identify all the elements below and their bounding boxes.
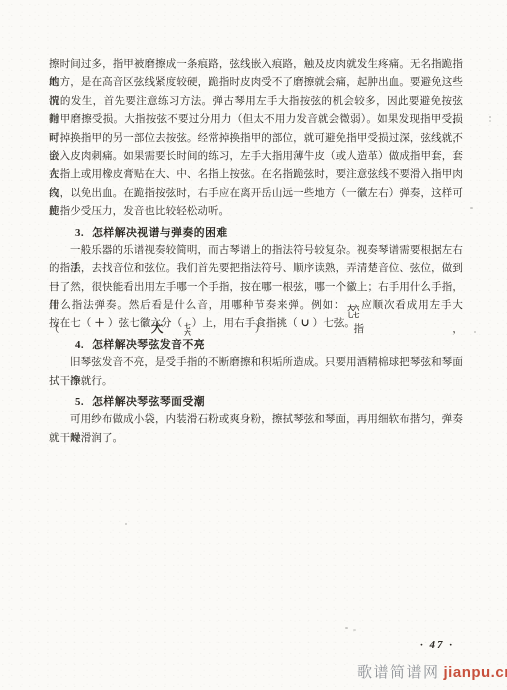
jianzipu-tiao-symbol: ∪ (298, 318, 313, 329)
body-text: ）上，用右手食指挑（ (192, 318, 298, 329)
body-text: ）弦七徽六分（ (108, 318, 182, 329)
heading-title: 怎样解决琴弦发音不亮 (92, 339, 205, 351)
scan-speck (470, 207, 473, 209)
body-line: 就干燥滑润了。 (49, 430, 463, 448)
body-text: ）七弦。 (313, 318, 355, 329)
body-line: 嵌入皮肉刺痛。如果需要长时间的练习，左手大指用薄牛皮（或人造革）做成指甲套，套在 (49, 148, 463, 166)
scan-speck (345, 627, 348, 629)
body-line: 可用纱布做成小袋，内装滑石粉或爽身粉，擦拭琴弦和琴面，再用细软布揩匀，弹奏时 (49, 411, 463, 429)
body-line-jianzipu-example: 什么指法弹奏。然后看是什么音，用哪种节奏来弹。例如：大六乚七应顺次看成用左手大（… (49, 297, 463, 315)
section-heading-viewing-score: 3.怎样解决视谱与弹奏的困难 (49, 224, 463, 242)
scan-speck (474, 331, 476, 333)
body-line: 目了然，很快能看出用左手哪一个手指，按在哪一根弦，哪一个徽上；右手用什么手指，用 (49, 279, 463, 297)
body-text: 按在七（ (49, 318, 91, 329)
watermark-site-name: 歌谱简谱网 (357, 664, 440, 681)
body-line: 内，以免出血。在跪指按弦时，右手应在离开岳山远一些地方（一徽左右）弹奏，这样可使 (49, 185, 463, 203)
body-line: 擦时间过多，指甲被磨擦成一条痕路，弦线嵌入痕路，触及皮肉就发生疼痛。无名指跪指的 (49, 56, 463, 74)
heading-number: 5. (75, 396, 84, 408)
body-line: 指甲磨擦受损。大指按弦不要过分用力（但太不用力发音就会微弱）。如果发现指甲受损时… (49, 111, 463, 129)
heading-title: 怎样解决琴弦琴面受潮 (92, 396, 205, 408)
section-heading-damp-strings: 5.怎样解决琴弦琴面受潮 (49, 393, 463, 411)
page-number: · 47 · (420, 639, 454, 651)
heading-number: 3. (75, 227, 84, 239)
body-line: 一般乐器的乐谱视奏较简明，而古琴谱上的指法符号较复杂。视奏琴谱需要根据左右手 (49, 242, 463, 260)
watermark-domain: jianpu.cn (444, 664, 507, 681)
section-heading-dull-strings: 4.怎样解决琴弦发音不亮 (49, 336, 463, 354)
body-line: 况的发生，首先要注意练习方法。弹古琴用左手大指按弦的机会较多，因此要避免按弦时， (49, 93, 463, 111)
heading-title: 怎样解决视谱与弹奏的困难 (92, 227, 228, 239)
heading-number: 4. (75, 339, 84, 351)
page-text-content: 擦时间过多，指甲被磨擦成一条痕路，弦线嵌入痕路，触及皮肉就发生疼痛。无名指跪指的… (49, 56, 463, 448)
body-line: 旧琴弦发音不亮，是受手指的不断磨擦和积垢所造成。只要用酒精棉球把琴弦和琴面擦 (49, 354, 463, 372)
body-line: 地方，是在高音区弦线紧度较硬，跪指时皮肉受不了磨擦就会痛，起肿出血。要避免这些情 (49, 74, 463, 92)
body-line: 大指上或用橡皮膏贴在大、中、名指上按弦。在名指跪弦时，要注意弦线不要滑入指甲肉纹 (49, 166, 463, 184)
scan-speck (489, 116, 491, 118)
body-line: 的指法，去找音位和弦位。我们首先要把指法符号、顺序读熟，弄清楚音位、弦位，做到一 (49, 260, 463, 278)
body-line: 拭干净就行。 (49, 373, 463, 391)
body-line: 可掉换指甲的另一部位去按弦。经常掉换指甲的部位，就可避免指甲受损过深，弦线就不会 (49, 130, 463, 148)
scan-speck (125, 523, 127, 525)
body-line: 跪指少受压力，发音也比较轻松动听。 (49, 203, 463, 221)
body-text: 什么指法弹奏。然后看是什么音，用哪种节奏来弹。例如： (49, 300, 345, 311)
jianzipu-string7-symbol: ＋ (91, 318, 108, 329)
watermark: 歌谱简谱网jianpu.cn (357, 661, 507, 682)
